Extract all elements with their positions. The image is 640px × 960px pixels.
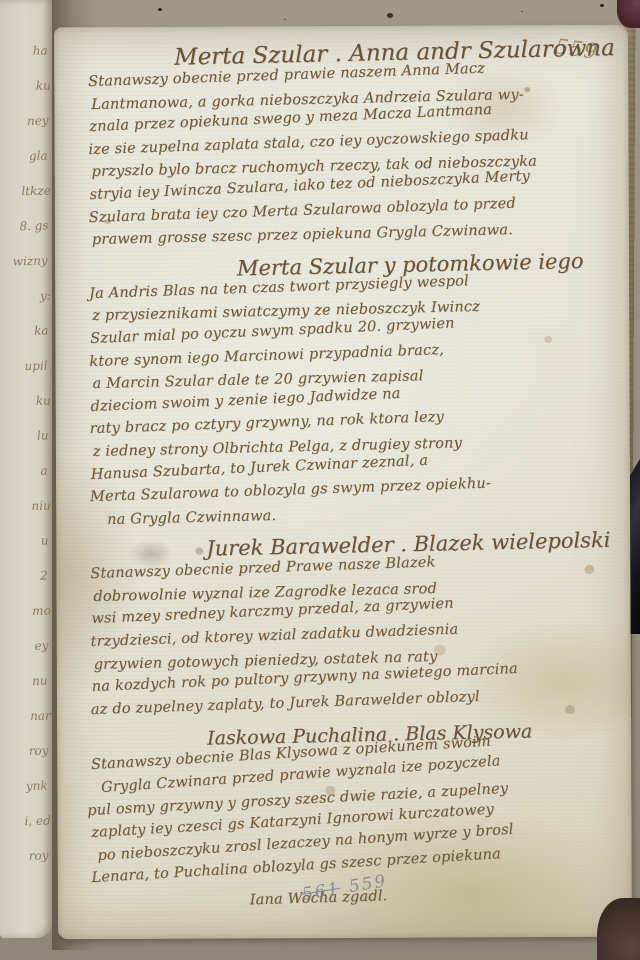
margin-text-fragment: u <box>13 533 49 569</box>
margin-text-fragment: ynk <box>13 778 49 814</box>
margin-text-fragment: ku <box>16 79 52 115</box>
margin-text-fragment: ney <box>13 113 49 149</box>
margin-text-fragment: nar <box>16 709 52 745</box>
margin-text-fragment: 8. gs <box>13 218 49 254</box>
margin-text-fragment: ltkze <box>16 184 52 220</box>
margin-text-fragment: lu <box>13 428 49 464</box>
entry-merta-szular-anna: Merta Szular . Anna andr Szularowna Stan… <box>88 43 605 255</box>
margin-text-fragment: ey <box>13 638 49 674</box>
entry-merta-szular-potomkowie: Merta Szular y potomkowie iego Ja Andris… <box>89 255 606 535</box>
manuscript-text: Merta Szular . Anna andr Szularowna Stan… <box>88 43 608 916</box>
entry-body: Stanawszy obecnie przed Prawe nasze Blaz… <box>90 564 607 724</box>
manuscript-page: 559 Merta Szular . Anna andr Szularowna … <box>54 25 632 939</box>
margin-text-fragment: i, ed <box>16 814 52 850</box>
margin-text-fragment: ha <box>13 43 49 79</box>
previous-page-text-fragments: hakuneyglaltkze8. gswiznyy:kaupilkuluani… <box>13 44 48 884</box>
photo-scene: hakuneyglaltkze8. gswiznyy:kaupilkuluani… <box>0 0 640 960</box>
margin-text-fragment: nu <box>13 673 49 709</box>
entry-body: Ja Andris Blas na ten czas twort przysie… <box>89 284 606 535</box>
margin-text-fragment: gla <box>13 148 49 184</box>
margin-text-fragment: roy <box>13 743 49 779</box>
table-debris-specks <box>158 8 162 11</box>
margin-text-fragment: roy <box>13 848 49 884</box>
margin-text-fragment: 2 <box>13 568 49 604</box>
margin-text-fragment: ka <box>13 323 49 359</box>
entry-jurek-barawelder: Jurek Barawelder . Blazek wielepolski St… <box>90 535 607 724</box>
margin-text-fragment: upil <box>13 358 49 394</box>
margin-text-fragment: niu <box>16 499 52 535</box>
margin-text-fragment: y: <box>16 289 52 325</box>
margin-text-fragment: a <box>13 463 49 499</box>
previous-page-edge: hakuneyglaltkze8. gswiznyy:kaupilkuluani… <box>0 0 54 938</box>
margin-text-fragment: mo <box>16 604 52 640</box>
margin-text-fragment: ku <box>16 394 52 430</box>
margin-text-fragment: wizny <box>13 253 49 289</box>
cover-corner-top <box>617 0 640 28</box>
entry-body: Stanawszy obecnie przed prawie naszem An… <box>88 72 605 255</box>
